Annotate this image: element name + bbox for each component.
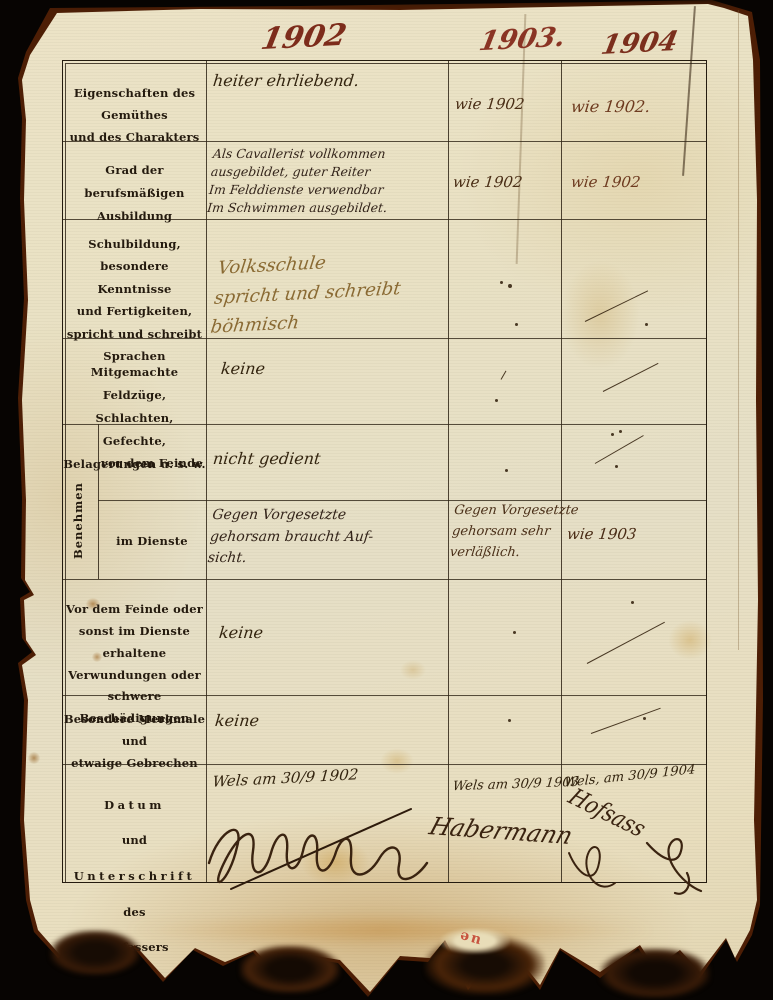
year-header-1902: 1902: [258, 18, 349, 57]
ditto-dot: [515, 323, 518, 326]
date-1902: Wels am 30/9 1902: [212, 763, 360, 793]
ditto-dot: [643, 717, 646, 720]
entry-marks-1902: keine: [214, 709, 261, 733]
row-label-in-service: im Dienste: [98, 531, 206, 551]
entry-training-1904: wie 1902: [570, 171, 642, 194]
ditto-dot: [615, 465, 618, 468]
entry-in-service-1904: wie 1903: [566, 523, 638, 546]
ditto-slash: [591, 708, 661, 734]
entry-before-enemy-1902: nicht gedient: [212, 447, 322, 471]
entry-character-1904: wie 1902.: [570, 95, 652, 119]
signature-flourish-1903: [565, 839, 625, 899]
ditto-slash: [595, 435, 644, 464]
ditto-dot: [500, 281, 503, 284]
entry-character-1902: heiter ehrliebend.: [212, 69, 361, 93]
signature-label-line: Verfassers: [100, 940, 168, 954]
year-header-1904: 1904: [599, 26, 681, 61]
ditto-dot: [508, 284, 512, 288]
row-label-signature: Datum und Unterschrift des Verfassers: [63, 779, 206, 957]
ditto-dot: [495, 399, 498, 402]
ditto-dot: [619, 430, 622, 433]
signature-label-line: Unterschrift: [74, 869, 196, 883]
year-header-1903: 1903.: [476, 22, 568, 57]
signature-label-line: Datum: [104, 798, 165, 812]
row-label-character: Eigenschaften des Gemüthes und des Chara…: [63, 83, 206, 149]
row-label-before-enemy: vor dem Feinde: [98, 453, 206, 473]
signature-label-line: und: [122, 833, 147, 847]
group-label-benehmen: Benehmen: [71, 449, 85, 559]
signature-1904: Hofsass: [561, 781, 653, 847]
entry-training-1902: Als Cavallerist vollkommen ausgebildet, …: [206, 145, 394, 218]
ditto-slash: [585, 290, 648, 322]
entry-wounds-1902: keine: [218, 621, 265, 645]
ditto-dot: [505, 469, 508, 472]
ditto-dot: [611, 433, 614, 436]
qualification-table: Eigenschaften des Gemüthes und des Chara…: [62, 60, 707, 883]
entry-campaigns-1902: keine: [220, 357, 267, 381]
ditto-slash: [587, 622, 665, 664]
entry-education-1902: Volksschule spricht und schreibt böhmisc…: [209, 244, 406, 343]
entry-in-service-1902: Gegen Vorgesetzte gehorsam braucht Auf- …: [207, 505, 377, 570]
row-divider: [98, 500, 706, 501]
column-divider: [448, 61, 449, 882]
entry-in-service-1903: Gegen Vorgesetzte gehorsam sehr verläßli…: [449, 501, 580, 563]
column-divider: [561, 61, 562, 882]
row-label-marks: Besondere Merkmale und etwaige Gebrechen: [63, 709, 206, 775]
row-divider: [63, 579, 706, 580]
document-page: 1902 1903. 1904 Eigenschaften des Gemüth…: [0, 0, 773, 1000]
row-label-education: Schulbildung, besondere Kenntnisse und F…: [63, 233, 206, 368]
ditto-slash: [603, 363, 659, 392]
ditto-dot: [513, 631, 516, 634]
column-divider: [206, 61, 207, 882]
ditto-tick: [501, 371, 507, 380]
signature-flourish-1902: [201, 801, 436, 901]
signature-label-line: des: [123, 905, 145, 919]
row-label-training: Grad der berufsmäßigen Ausbildung: [63, 159, 206, 228]
entry-training-1903: wie 1902: [452, 171, 524, 194]
ditto-dot: [645, 323, 648, 326]
signature-flourish-1904: [641, 833, 711, 903]
entry-character-1903: wie 1902: [454, 93, 526, 116]
ditto-dot: [508, 719, 511, 722]
ditto-dot: [631, 601, 634, 604]
